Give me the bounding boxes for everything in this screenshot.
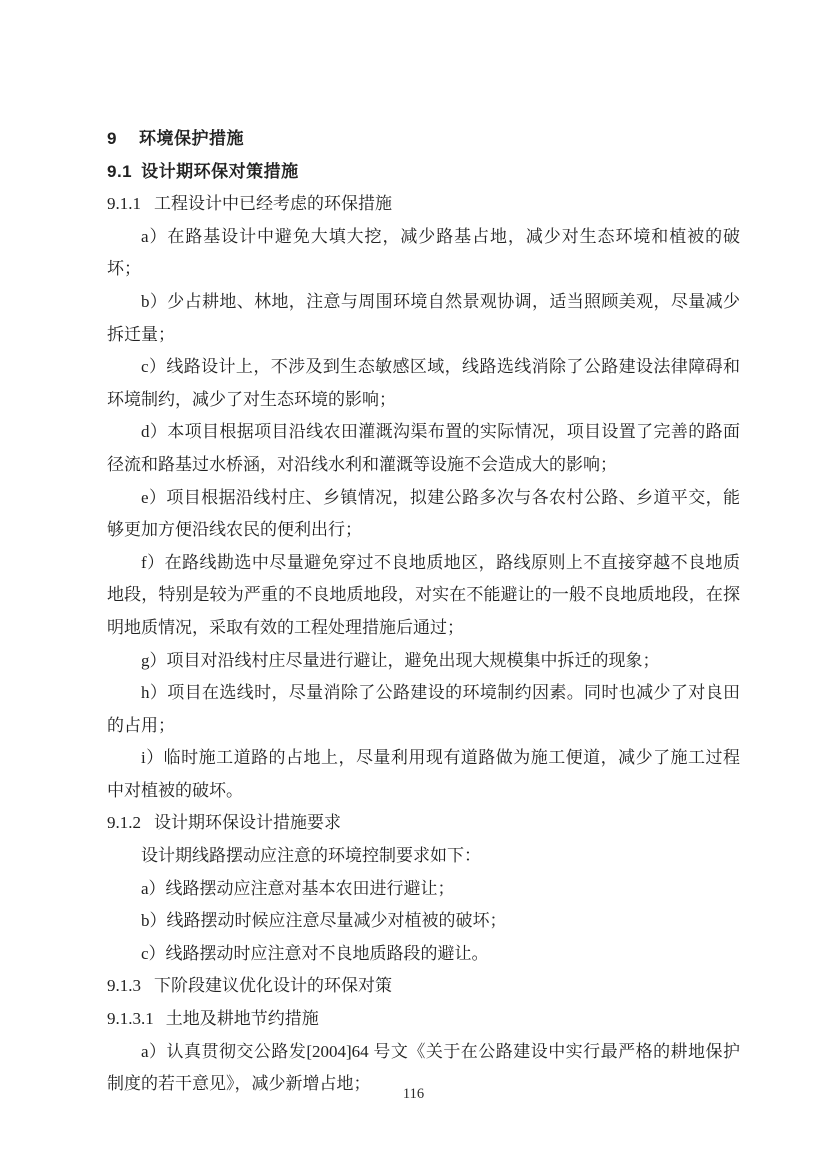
- heading-number: 9.1.1: [107, 194, 141, 213]
- heading-number: 9.1.2: [107, 813, 141, 832]
- heading-title: 土地及耕地节约措施: [166, 1009, 319, 1028]
- section-heading: 9.1.3.1土地及耕地节约措施: [107, 1003, 740, 1036]
- paragraph: c）线路设计上，不涉及到生态敏感区域，线路选线消除了公路建设法律障碍和环境制约，…: [107, 351, 740, 416]
- heading-number: 9.1.3: [107, 976, 141, 995]
- section-heading: 9环境保护措施: [107, 123, 740, 156]
- paragraph: f）在路线勘选中尽量避免穿过不良地质地区，路线原则上不直接穿越不良地质地段，特别…: [107, 547, 740, 645]
- paragraph: a）在路基设计中避免大填大挖，减少路基占地，减少对生态环境和植被的破坏；: [107, 221, 740, 286]
- heading-number: 9.1: [107, 162, 132, 181]
- paragraph: c）线路摆动时应注意对不良地质路段的避让。: [107, 938, 740, 971]
- page-number: 116: [0, 1085, 827, 1103]
- paragraph: 设计期线路摆动应注意的环境控制要求如下：: [107, 840, 740, 873]
- document-body: 9环境保护措施9.1设计期环保对策措施9.1.1工程设计中已经考虑的环保措施a）…: [107, 123, 740, 1101]
- paragraph: b）少占耕地、林地，注意与周围环境自然景观协调，适当照顾美观，尽量减少拆迁量；: [107, 286, 740, 351]
- paragraph: e）项目根据沿线村庄、乡镇情况，拟建公路多次与各农村公路、乡道平交，能够更加方便…: [107, 482, 740, 547]
- section-heading: 9.1设计期环保对策措施: [107, 156, 740, 189]
- section-heading: 9.1.1工程设计中已经考虑的环保措施: [107, 188, 740, 221]
- heading-title: 环境保护措施: [139, 129, 244, 148]
- paragraph: b）线路摆动时候应注意尽量减少对植被的破坏；: [107, 905, 740, 938]
- paragraph: i）临时施工道路的占地上，尽量利用现有道路做为施工便道，减少了施工过程中对植被的…: [107, 742, 740, 807]
- paragraph: d）本项目根据项目沿线农田灌溉沟渠布置的实际情况，项目设置了完善的路面径流和路基…: [107, 416, 740, 481]
- paragraph: a）线路摆动应注意对基本农田进行避让；: [107, 873, 740, 906]
- section-heading: 9.1.3下阶段建议优化设计的环保对策: [107, 970, 740, 1003]
- heading-number: 9: [107, 129, 117, 148]
- heading-title: 工程设计中已经考虑的环保措施: [154, 194, 392, 213]
- heading-title: 设计期环保对策措施: [141, 162, 299, 181]
- section-heading: 9.1.2设计期环保设计措施要求: [107, 807, 740, 840]
- heading-number: 9.1.3.1: [107, 1009, 154, 1028]
- heading-title: 设计期环保设计措施要求: [154, 813, 341, 832]
- paragraph: h）项目在选线时，尽量消除了公路建设的环境制约因素。同时也减少了对良田的占用；: [107, 677, 740, 742]
- document-page: 9环境保护措施9.1设计期环保对策措施9.1.1工程设计中已经考虑的环保措施a）…: [0, 0, 827, 1169]
- heading-title: 下阶段建议优化设计的环保对策: [154, 976, 392, 995]
- paragraph: g）项目对沿线村庄尽量进行避让，避免出现大规模集中拆迁的现象；: [107, 645, 740, 678]
